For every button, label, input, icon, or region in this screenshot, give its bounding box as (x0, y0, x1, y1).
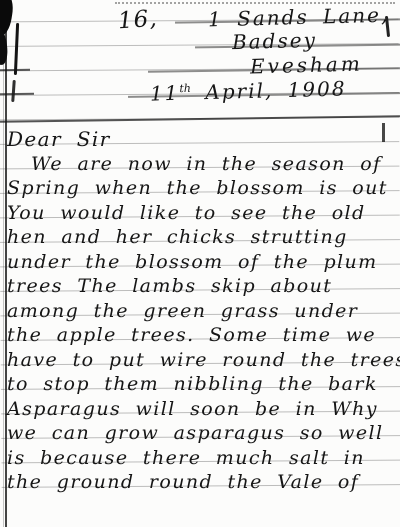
body-line: the ground round the Vale of (7, 470, 400, 495)
address-line-2: Badsey (232, 30, 317, 52)
salutation: Dear Sir (7, 127, 400, 152)
body-line: hen and her chicks strutting (7, 225, 400, 250)
page-number: 16, (117, 8, 158, 34)
body-line: Spring when the blossom is out (7, 176, 400, 201)
body-line: under the blossom of the plum (7, 250, 400, 275)
margin-line-faint (3, 0, 4, 527)
letter-body: Dear Sir We are now in the season ofSpri… (7, 127, 400, 495)
date-day: 11 (150, 81, 180, 106)
address-line-1: 1 Sands Lane, (208, 5, 390, 30)
body-line: trees The lambs skip about (7, 274, 400, 299)
body-line: the apple trees. Some time we (7, 323, 400, 348)
body-line: to stop them nibbling the bark (7, 372, 400, 397)
body-line: We are now in the season of (7, 152, 400, 177)
body-line: Asparagus will soon be in Why (7, 397, 400, 422)
date-rest: April, 1908 (205, 76, 347, 104)
scanned-letter-page: 16, 1 Sands Lane, Badsey Evesham 11th Ap… (0, 0, 400, 527)
date-ordinal: th (179, 82, 191, 95)
address-line-3: Evesham (250, 54, 363, 77)
body-line: among the green grass under (7, 299, 400, 324)
body-line: we can grow asparagus so well (7, 421, 400, 446)
body-line: You would like to see the old (7, 201, 400, 226)
body-line: is because there much salt in (7, 446, 400, 471)
date-line: 11th April, 1908 (150, 78, 347, 103)
body-line: have to put wire round the trees (7, 348, 400, 373)
